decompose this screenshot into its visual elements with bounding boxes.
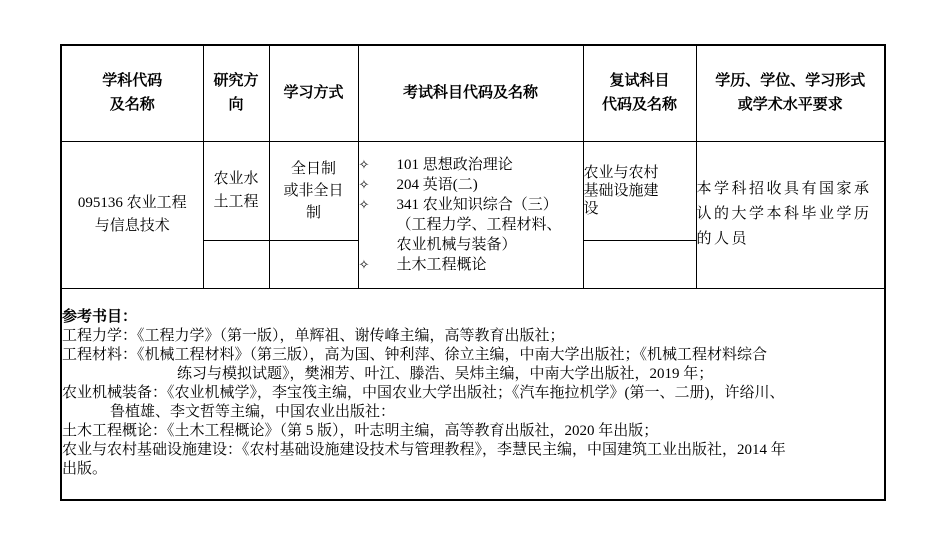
header-exam-subjects: 考试科目代码及名称 [358, 45, 583, 141]
exam-subject-label: 土木工程概论 [397, 255, 487, 275]
diamond-bullet-icon: ✧ [359, 155, 397, 175]
exam-subject-label: 101 思想政治理论 [397, 155, 513, 175]
exam-subject-label: 204 英语(二) [397, 175, 478, 195]
references-title: 参考书目： [62, 308, 884, 327]
cell-subject-code: 095136 农业工程 与信息技术 [61, 141, 203, 288]
header-retest-subjects: 复试科目 代码及名称 [583, 45, 696, 141]
cell-references: 参考书目： 工程力学：《工程力学》（第一版），单辉祖、谢传峰主编，高等教育出版社… [61, 288, 885, 500]
cell-research-direction: 农业水 土工程 [203, 141, 269, 240]
cell-requirements: 本学科招收具有国家承 认的大学本科毕业学历 的人员 [696, 141, 885, 288]
reference-line: 工程材料：《机械工程材料》（第三版），高为国、钟利萍、徐立主编，中南大学出版社；… [62, 346, 884, 365]
diamond-bullet-icon: ✧ [359, 175, 397, 195]
table-header-row: 学科代码 及名称 研究方 向 学习方式 考试科目代码及名称 复试科目 代码及名称… [61, 45, 885, 141]
exam-subject-item: ✧ 341 农业知识综合（三） （工程力学、工程材料、 农业机械与装备） [359, 195, 583, 255]
exam-subject-item: ✧ 土木工程概论 [359, 255, 583, 275]
cell-exam-subjects: ✧ 101 思想政治理论 ✧ 204 英语(二) ✧ 341 农业知识综合（三）… [358, 141, 583, 288]
reference-line: 农业机械装备：《农业机械学》，李宝筏主编，中国农业大学出版社；《汽车拖拉机学》(… [62, 384, 884, 403]
exam-subject-label: 341 农业知识综合（三） （工程力学、工程材料、 农业机械与装备） [397, 195, 562, 255]
exam-subject-item: ✧ 204 英语(二) [359, 175, 583, 195]
cell-empty-mode [269, 240, 358, 288]
header-research-direction: 研究方 向 [203, 45, 269, 141]
exam-subject-item: ✧ 101 思想政治理论 [359, 155, 583, 175]
cell-retest-subjects: 农业与农村 基础设施建 设 [583, 141, 696, 240]
reference-line: 工程力学：《工程力学》（第一版），单辉祖、谢传峰主编，高等教育出版社； [62, 327, 884, 346]
reference-line: 鲁植雄、李文哲等主编，中国农业出版社： [62, 403, 884, 422]
reference-line: 练习与模拟试题》，樊湘芳、叶江、滕浩、吴炜主编，中南大学出版社，2019 年； [62, 365, 884, 384]
admissions-table: 学科代码 及名称 研究方 向 学习方式 考试科目代码及名称 复试科目 代码及名称… [60, 44, 886, 501]
diamond-bullet-icon: ✧ [359, 195, 397, 215]
cell-empty-retest [583, 240, 696, 288]
reference-line: 土木工程概论：《土木工程概论》（第 5 版），叶志明主编，高等教育出版社，202… [62, 422, 884, 441]
header-study-mode: 学习方式 [269, 45, 358, 141]
reference-line: 出版。 [62, 460, 884, 479]
reference-line: 农业与农村基础设施建设：《农村基础设施建设技术与管理教程》，李慧民主编，中国建筑… [62, 441, 884, 460]
diamond-bullet-icon: ✧ [359, 255, 397, 275]
references-row: 参考书目： 工程力学：《工程力学》（第一版），单辉祖、谢传峰主编，高等教育出版社… [61, 288, 885, 500]
header-requirements: 学历、学位、学习形式 或学术水平要求 [696, 45, 885, 141]
header-subject-code: 学科代码 及名称 [61, 45, 203, 141]
table-row: 095136 农业工程 与信息技术 农业水 土工程 全日制 或非全日 制 ✧ 1… [61, 141, 885, 240]
cell-empty-direction [203, 240, 269, 288]
cell-study-mode: 全日制 或非全日 制 [269, 141, 358, 240]
document-page: 学科代码 及名称 研究方 向 学习方式 考试科目代码及名称 复试科目 代码及名称… [0, 0, 943, 535]
